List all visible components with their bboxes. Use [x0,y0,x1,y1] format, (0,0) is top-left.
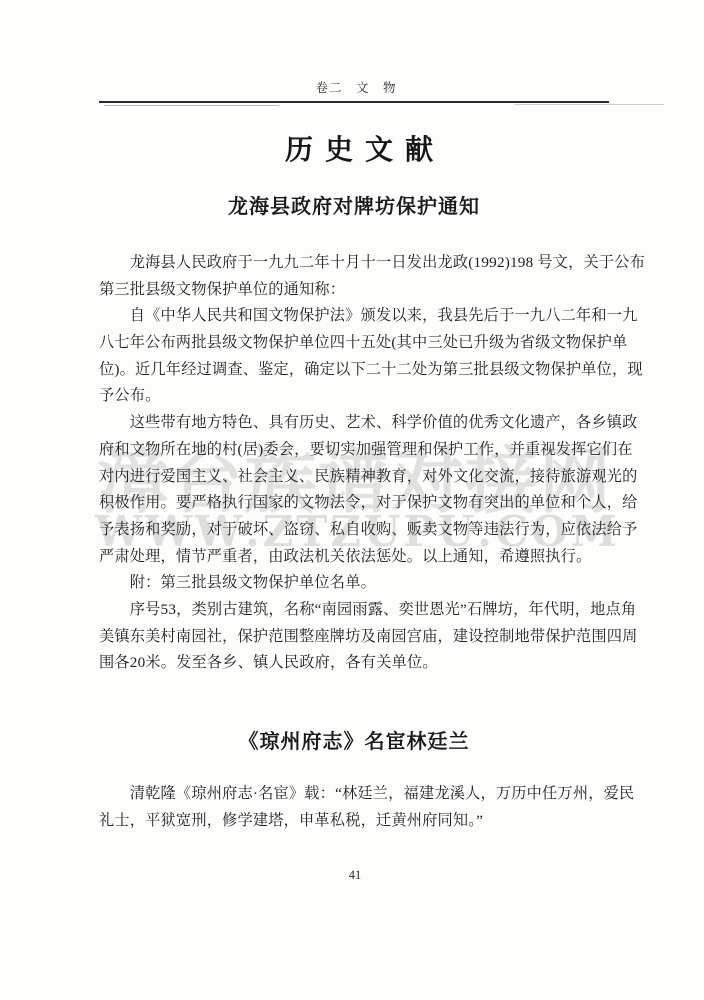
text-line: 序号53，类别古建筑，名称“南园雨露、奕世恩光”石牌坊，年代明，地点角 [99,597,609,624]
text-line: 这些带有地方特色、具有历史、艺术、科学价值的优秀文化遗产，各乡镇政 [99,410,609,437]
text-line: 严肃处理，情节严重者，由政法机关依法惩处。以上通知，希遵照执行。 [99,544,609,571]
paragraph: 自《中华人民共和国文物保护法》颁发以来，我县先后于一九八二年和一九八七年公布两批… [99,303,609,410]
text-line: 位)。近几年经过调查、鉴定，确定以下二十二处为第三批县级文物保护单位，现 [99,357,609,384]
text-line: 礼士，平狱宽刑，修学建塔，申革私税，迁黄州府同知。” [99,808,609,835]
text-line: 自《中华人民共和国文物保护法》颁发以来，我县先后于一九八二年和一九 [99,303,609,330]
text-line: 予公布。 [99,383,609,410]
paragraph: 龙海县人民政府于一九九二年十月十一日发出龙政(1992)198 号文，关于公布第… [99,250,609,303]
main-title: 历史文献 [0,128,704,168]
scanned-document-page: 卷二 文 物 历史文献 龙海县政府对牌坊保护通知 龙海县人民政府于一九九二年十月… [0,0,704,1000]
paragraph: 附：第三批县级文物保护单位名单。 [99,570,609,597]
text-line: 清乾隆《琼州府志·名宦》载：“林廷兰，福建龙溪人，万历中任万州，爱民 [99,781,609,808]
page-number: 41 [0,868,704,883]
paragraph: 序号53，类别古建筑，名称“南园雨露、奕世恩光”石牌坊，年代明，地点角美镇东美村… [99,597,609,677]
text-line: 府和文物所在地的村(居)委会，要切实加强管理和保护工作，并重视发挥它们在 [99,437,609,464]
header-rule [99,101,609,103]
document-content: 龙海县政府对牌坊保护通知 龙海县人民政府于一九九二年十月十一日发出龙政(1992… [99,192,609,834]
text-line: 龙海县人民政府于一九九二年十月十一日发出龙政(1992)198 号文，关于公布 [99,250,609,277]
text-line: 对内进行爱国主义、社会主义、民族精神教育，对外文化交流，接待旅游观光的 [99,464,609,491]
text-line: 围各20米。发至各乡、镇人民政府，各有关单位。 [99,650,609,677]
paragraph: 清乾隆《琼州府志·名宦》载：“林廷兰，福建龙溪人，万历中任万州，爱民礼士，平狱宽… [99,781,609,834]
paragraph: 这些带有地方特色、具有历史、艺术、科学价值的优秀文化遗产，各乡镇政府和文物所在地… [99,410,609,570]
section-title: 《琼州府志》名宦林廷兰 [99,727,609,755]
text-line: 第三批县级文物保护单位的通知称： [99,277,609,304]
text-line: 美镇东美村南园社，保护范围整座牌坊及南园宫庙，建设控制地带保护范围四周 [99,624,609,651]
running-header: 卷二 文 物 [0,78,704,96]
text-line: 八七年公布两批县级文物保护单位四十五处(其中三处已升级为省级文物保护单 [99,330,609,357]
section-title: 龙海县政府对牌坊保护通知 [99,192,609,220]
text-line: 积极作用。要严格执行国家的文物法令，对于保护文物有突出的单位和个人，给 [99,490,609,517]
text-line: 附：第三批县级文物保护单位名单。 [99,570,609,597]
text-line: 予表扬和奖励，对于破坏、盗窃、私自收购、贩卖文物等违法行为，应依法给予 [99,517,609,544]
